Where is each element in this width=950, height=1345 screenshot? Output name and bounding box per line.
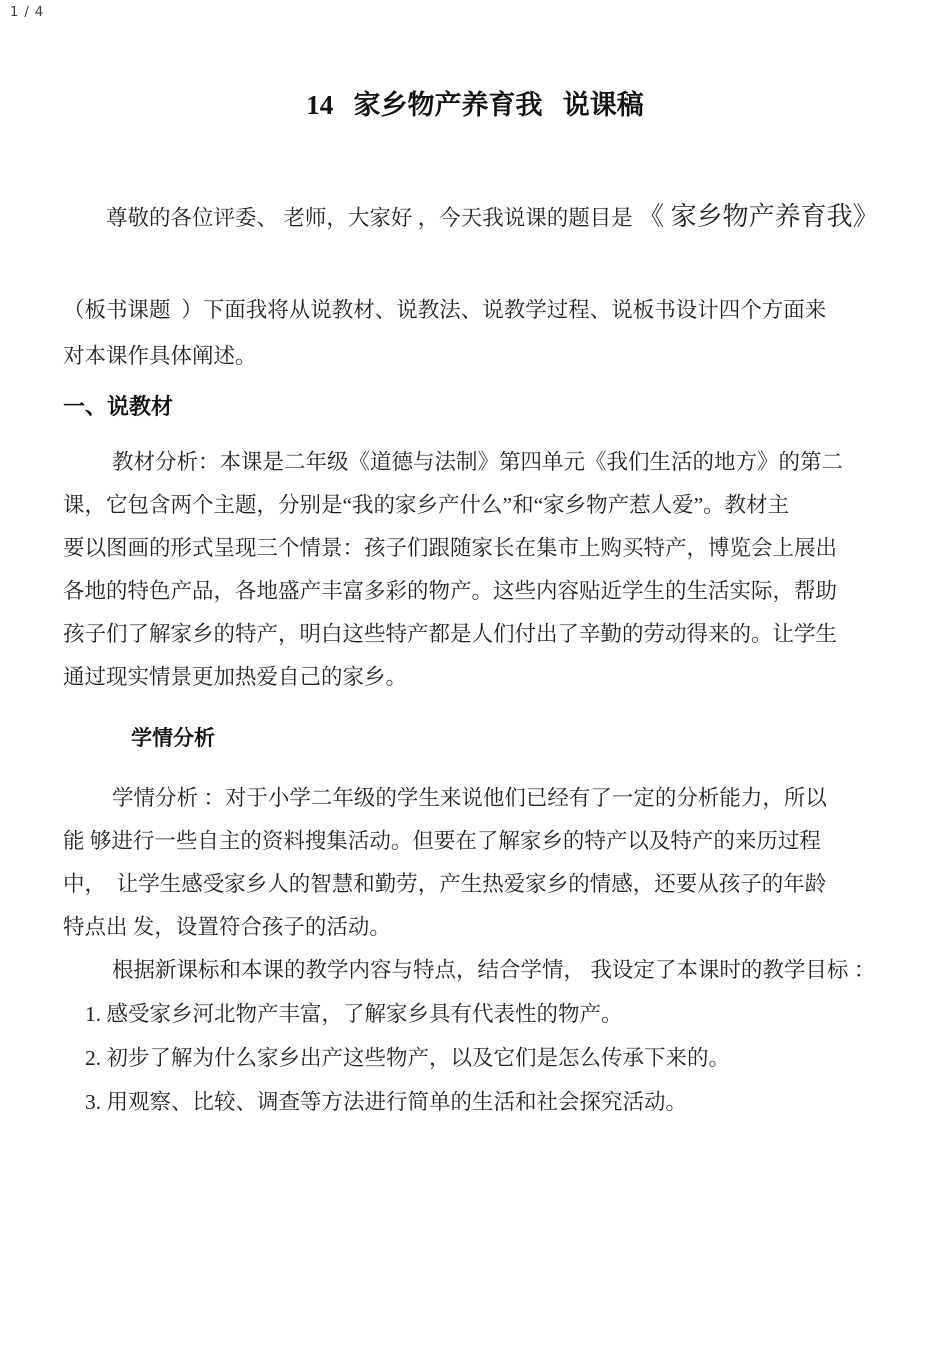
document-body: 尊敬的各位评委、 老师，大家好 ，今天我说课的题目是 《 家乡物产养育我》 （板… xyxy=(0,148,950,1124)
teaching-goals-list: 1. 感受家乡河北物产丰富，了解家乡具有代表性的物产。 2. 初步了解为什么家乡… xyxy=(63,992,887,1124)
paragraph-line: 特点出 发，设置符合孩子的活动。 xyxy=(63,906,887,949)
paragraph-line: 课，它包含两个主题，分别是“我的家乡产什么”和“家乡物产惹人爱”。教材主 xyxy=(63,484,887,527)
intro-paragraph: 尊敬的各位评委、 老师，大家好 ，今天我说课的题目是 《 家乡物产养育我》 （板… xyxy=(63,148,887,379)
section-heading-teaching-material: 一、说教材 xyxy=(63,387,887,427)
paragraph-line: 能 够进行一些自主的资料搜集活动。但要在了解家乡的特产以及特产的来历过程 xyxy=(63,820,887,863)
course-title-highlight: 《 家乡物产养育我》 xyxy=(638,202,879,231)
paragraph-line: 通过现实情景更加热爱自己的家乡。 xyxy=(63,656,887,699)
goals-intro-paragraph: 根据新课标和本课的教学内容与特点，结合学情， 我设定了本课时的教学目标 ： xyxy=(63,949,887,992)
material-analysis-paragraph: 教材分析：本课是二年级《道德与法制》第四单元《我们生活的地方》的第二 课，它包含… xyxy=(63,441,887,699)
paragraph-line: 尊敬的各位评委、 老师，大家好 ，今天我说课的题目是 《 家乡物产养育我》 xyxy=(63,148,887,287)
goal-item: 3. 用观察、比较、调查等方法进行简单的生活和社会探究活动。 xyxy=(63,1080,887,1124)
paragraph-line: 中， 让学生感受家乡人的智慧和勤劳，产生热爱家乡的情感，还要从孩子的年龄 xyxy=(63,863,887,906)
intro-line1-text: 尊敬的各位评委、 老师，大家好 ，今天我说课的题目是 xyxy=(106,206,638,230)
document-page: 1 / 4 14 家乡物产养育我 说课稿 尊敬的各位评委、 老师，大家好 ，今天… xyxy=(0,0,950,1345)
goal-item: 2. 初步了解为什么家乡出产这些物产，以及它们是怎么传承下来的。 xyxy=(63,1036,887,1080)
document-title: 14 家乡物产养育我 说课稿 xyxy=(0,0,950,122)
subsection-heading-learner-analysis: 学情分析 xyxy=(131,719,887,759)
goal-item: 1. 感受家乡河北物产丰富，了解家乡具有代表性的物产。 xyxy=(63,992,887,1036)
learner-analysis-paragraph: 学情分析 ：对于小学二年级的学生来说他们已经有了一定的分析能力，所以 能 够进行… xyxy=(63,777,887,949)
paragraph-line: 要以图画的形式呈现三个情景：孩子们跟随家长在集市上购买特产，博览会上展出 xyxy=(63,527,887,570)
paragraph-line: 对本课作具体阐述。 xyxy=(63,333,887,379)
paragraph-line: 根据新课标和本课的教学内容与特点，结合学情， 我设定了本课时的教学目标 ： xyxy=(63,949,887,992)
paragraph-line: 教材分析：本课是二年级《道德与法制》第四单元《我们生活的地方》的第二 xyxy=(63,441,887,484)
page-number-indicator: 1 / 4 xyxy=(10,5,44,20)
paragraph-line: 学情分析 ：对于小学二年级的学生来说他们已经有了一定的分析能力，所以 xyxy=(63,777,887,820)
paragraph-line: 孩子们了解家乡的特产，明白这些特产都是人们付出了辛勤的劳动得来的。让学生 xyxy=(63,613,887,656)
paragraph-line: （板书课题 ）下面我将从说教材、说教法、说教学过程、说板书设计四个方面来 xyxy=(63,287,887,333)
paragraph-line: 各地的特色产品，各地盛产丰富多彩的物产。这些内容贴近学生的生活实际，帮助 xyxy=(63,570,887,613)
